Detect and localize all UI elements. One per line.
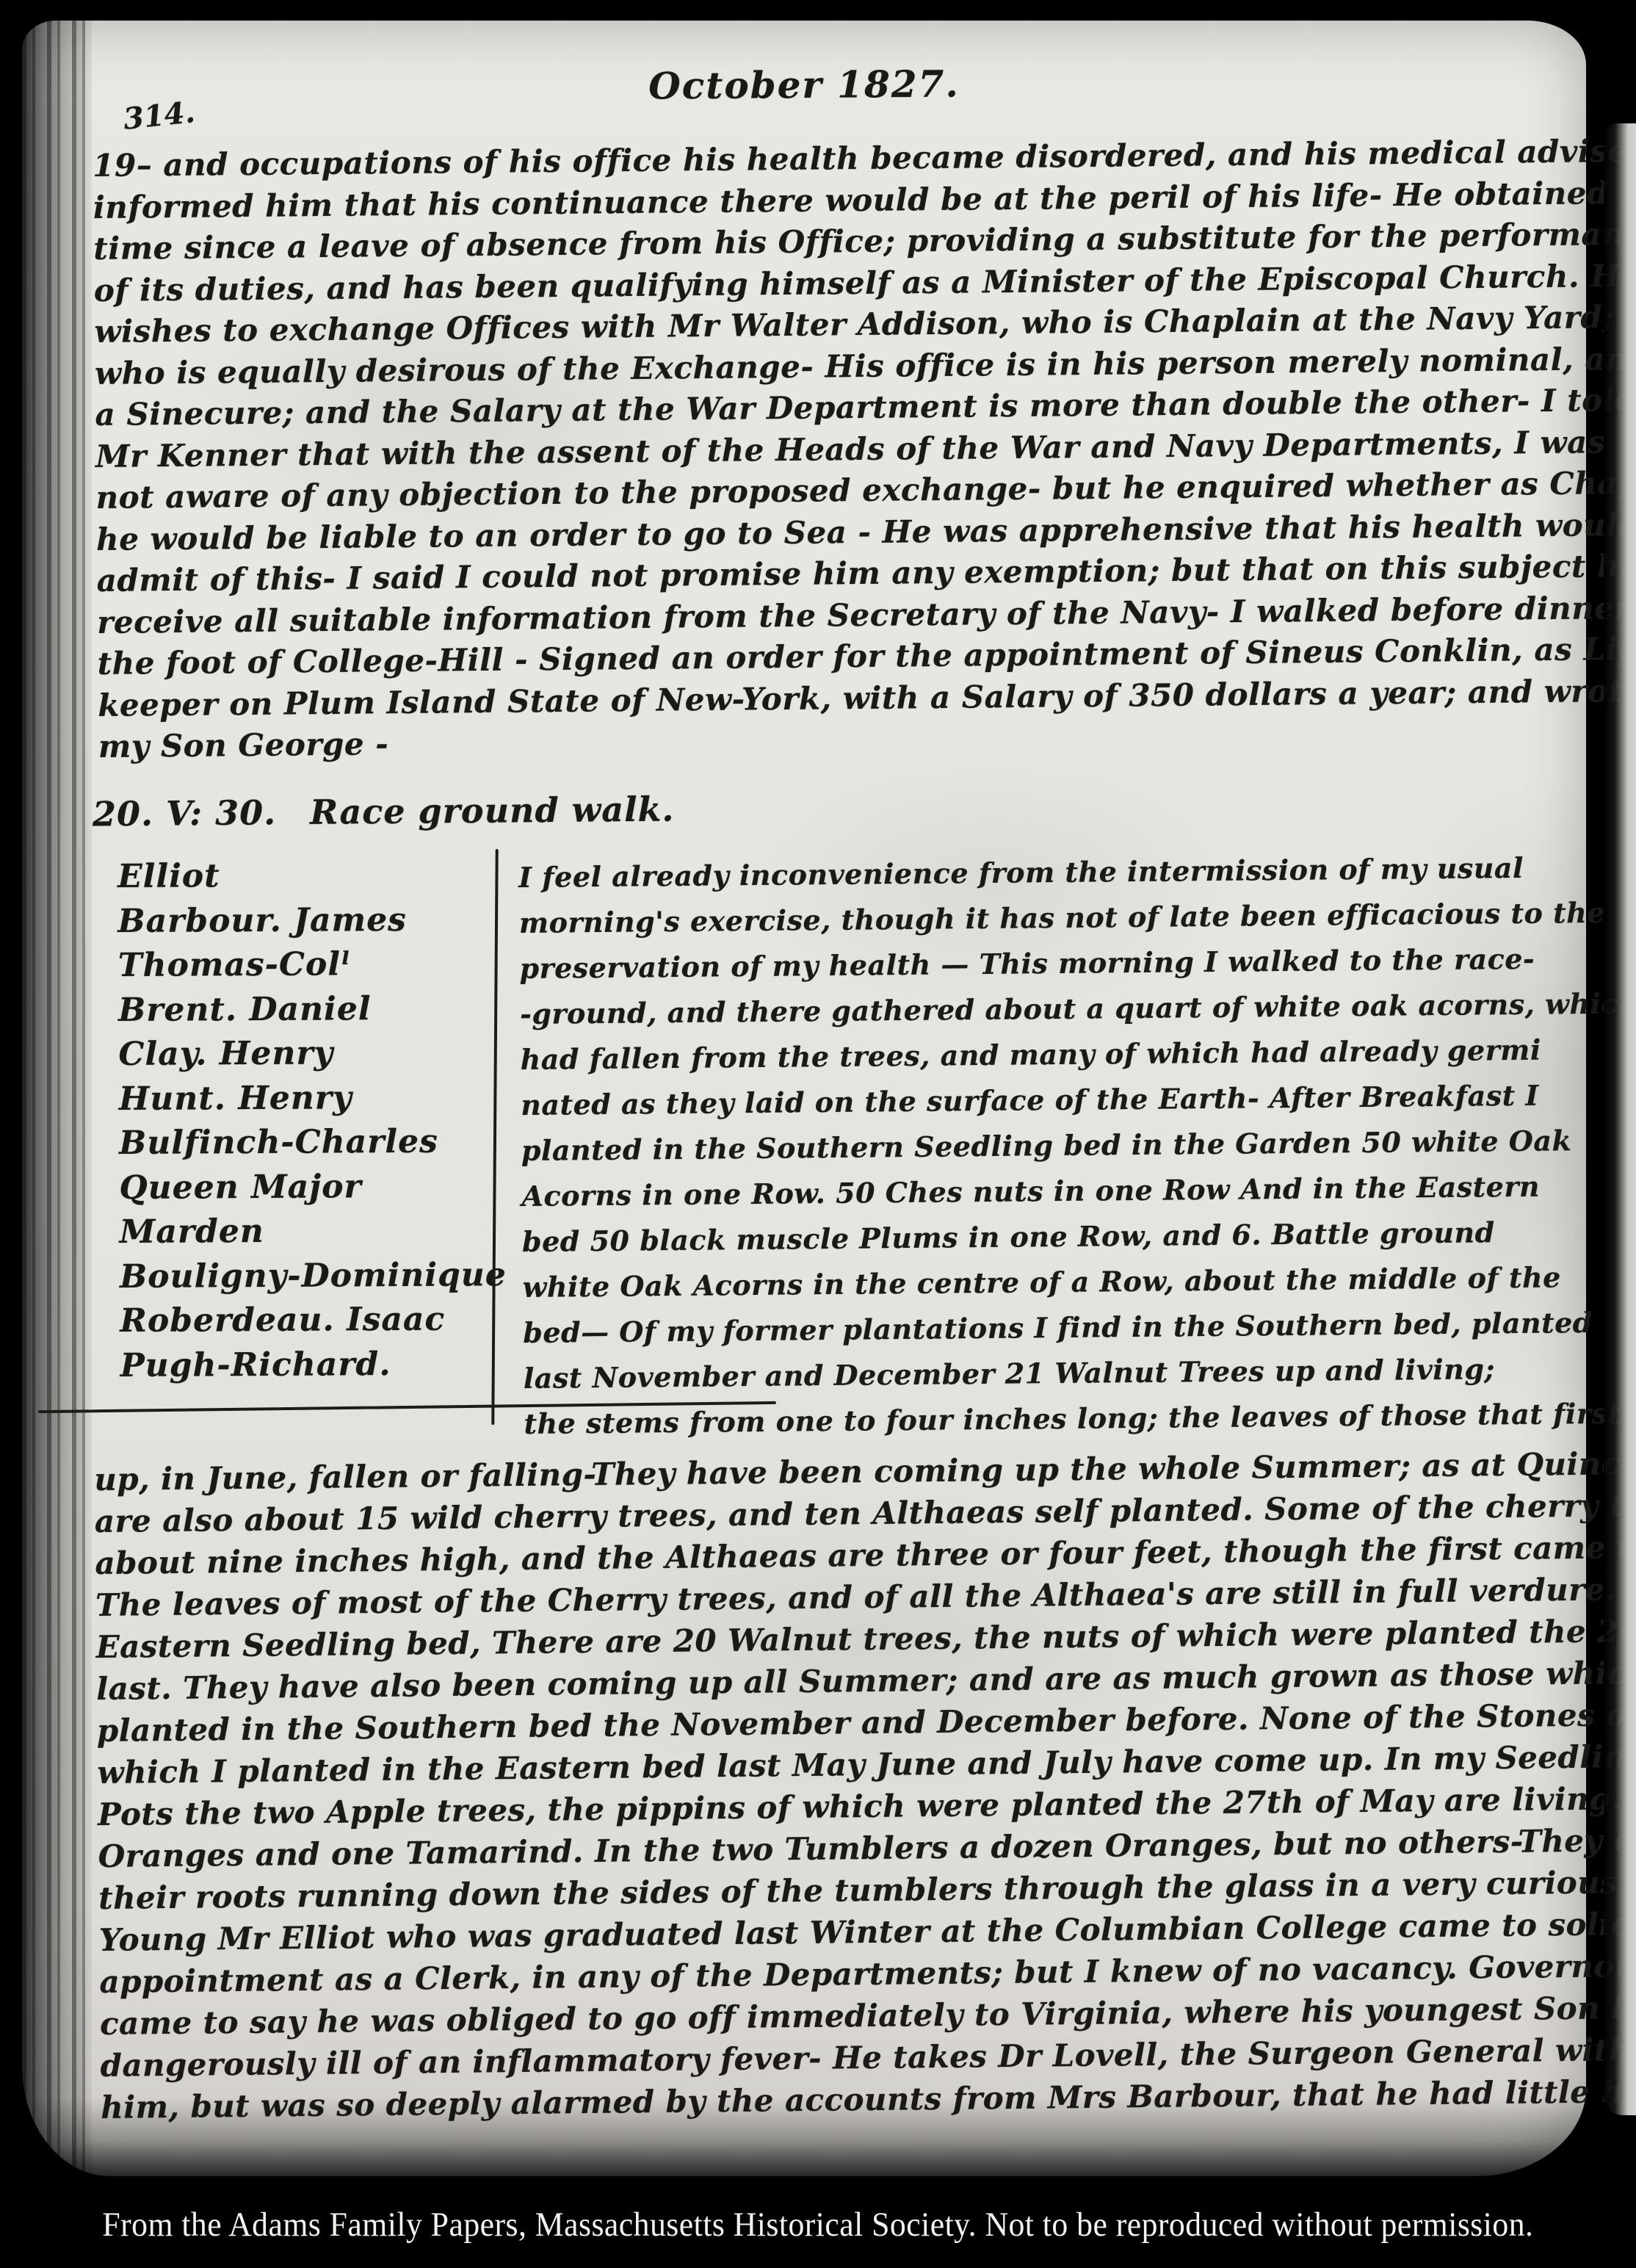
visitor-name: Bulfinch-Charles	[119, 1119, 506, 1166]
page-title-month-year: October 1827.	[22, 58, 1586, 112]
visitor-name: Clay. Henry	[118, 1030, 505, 1077]
visitor-name: Barbour. James	[117, 898, 504, 944]
visitor-name: Elliot	[117, 853, 504, 899]
visitor-name: Bouligny-Dominique	[120, 1253, 507, 1299]
entry-20-text-column: I feel already inconvenience from the in…	[518, 845, 1582, 1447]
entry-20-activity: Race ground walk.	[310, 790, 675, 832]
visitor-name: Queen Major	[119, 1164, 506, 1210]
page-number: 314.	[122, 95, 197, 137]
caption-bar: From the Adams Family Papers, Massachuse…	[0, 2205, 1636, 2244]
visitor-name: Thomas-Colˡ	[118, 942, 505, 988]
visitor-name: Roberdeau. Isaac	[120, 1297, 507, 1343]
facing-page-edge	[1604, 123, 1636, 2115]
visitor-name: Pugh-Richard.	[120, 1342, 507, 1388]
visitor-name: Marden	[120, 1208, 507, 1254]
visitor-name-list: ElliotBarbour. JamesThomas-ColˡBrent. Da…	[117, 853, 507, 1388]
visitor-name: Hunt. Henry	[119, 1075, 506, 1122]
entry-20-time: 20. V: 30.	[93, 792, 277, 834]
scanned-diary-page: October 1827. 314. 19– and occupations o…	[0, 0, 1636, 2268]
archive-credit-text: From the Adams Family Papers, Massachuse…	[102, 2205, 1533, 2244]
visitor-name: Brent. Daniel	[118, 986, 505, 1033]
entry-20-continuation: up, in June, fallen or falling-They have…	[94, 1443, 1580, 2128]
entry-20-heading: 20. V: 30.Race ground walk.	[93, 790, 675, 834]
entry-20-column-line: the stems from one to four inches long; …	[524, 1391, 1582, 1447]
diary-entry-19: 19– and occupations of his office his he…	[93, 131, 1574, 768]
manuscript-page: October 1827. 314. 19– and occupations o…	[22, 21, 1586, 2176]
